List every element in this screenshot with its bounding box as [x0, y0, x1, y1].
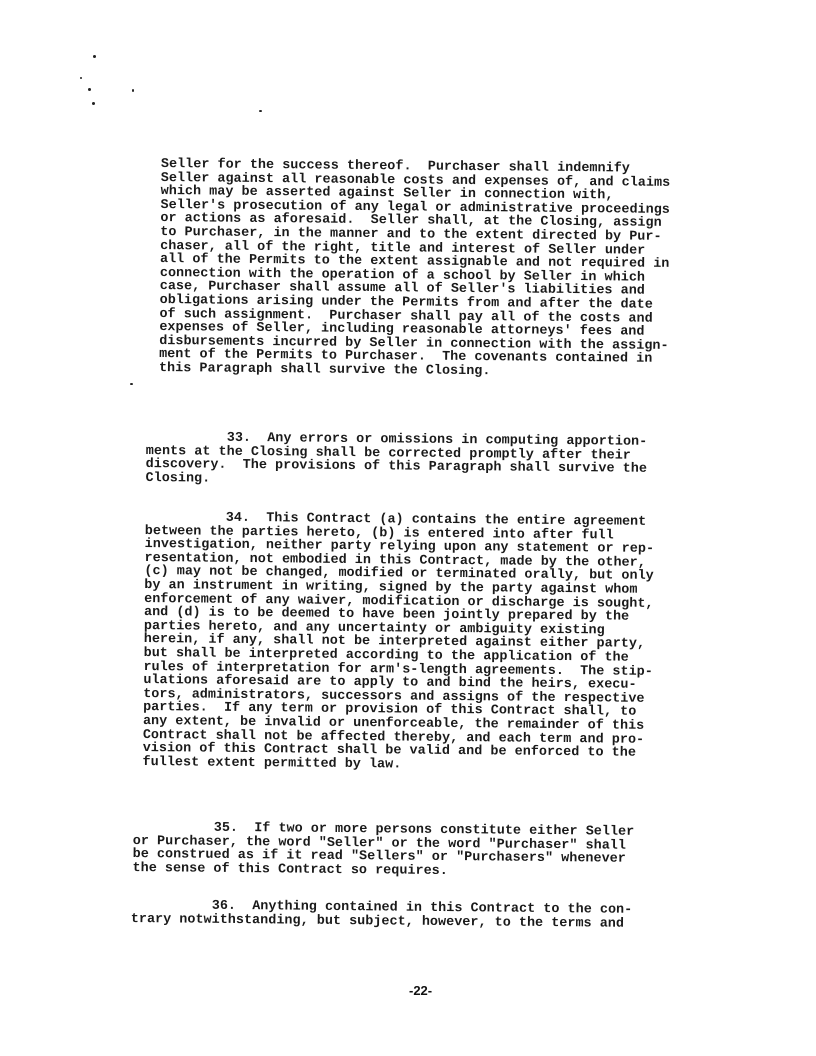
paragraph-continuation: Seller for the success thereof. Purchase…: [159, 158, 670, 380]
paragraph-35: 35. If two or more persons constitute ei…: [132, 821, 634, 880]
scan-speck: [93, 55, 96, 58]
paragraph-36: 36. Anything contained in this Contract …: [131, 899, 633, 931]
paragraph-33: 33. Any errors or omissions in computing…: [145, 431, 647, 490]
scan-speck: [132, 89, 134, 92]
scan-speck: [130, 383, 133, 385]
scan-speck: [88, 88, 91, 91]
paragraph-34: 34. This Contract (a) contains the entir…: [143, 511, 655, 774]
text-line: trary notwithstanding, but subject, howe…: [131, 913, 632, 931]
scan-speck: [92, 102, 95, 105]
document-page: Seller for the success thereof. Purchase…: [0, 0, 816, 1056]
scan-speck: [80, 77, 82, 79]
page-number: -22-: [409, 983, 432, 998]
scan-speck: [259, 110, 262, 112]
